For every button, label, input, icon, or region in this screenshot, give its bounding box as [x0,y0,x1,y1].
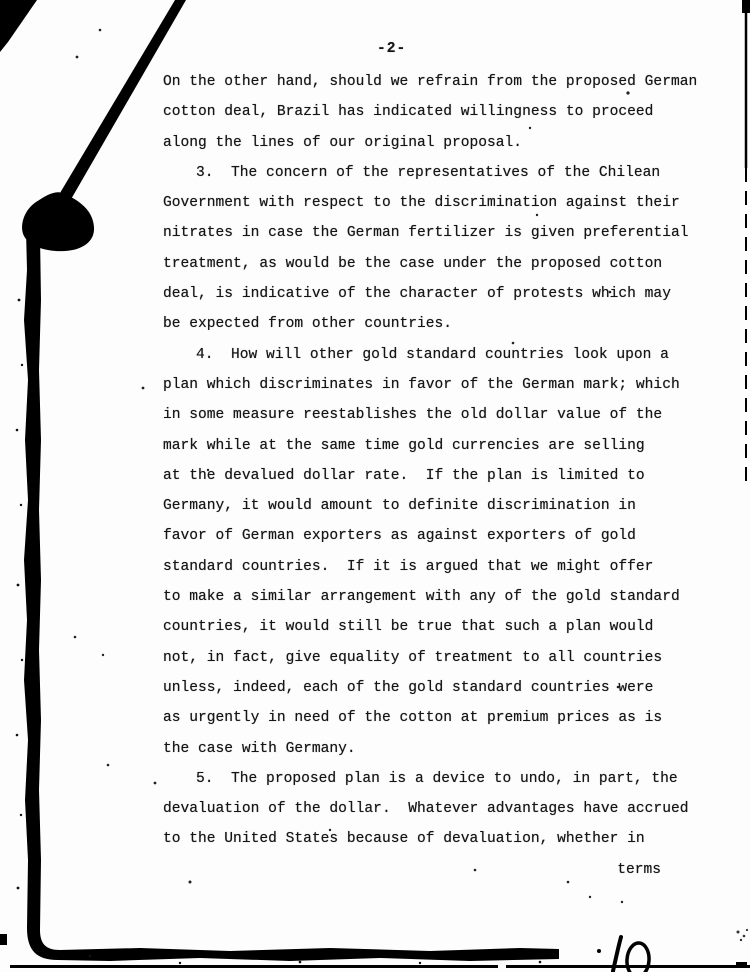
text-line: Government with respect to the discrimin… [163,188,711,218]
text-line: standard countries. If it is argued that… [163,552,711,582]
text-line: as urgently in need of the cotton at pre… [163,703,711,733]
bottom-scan-line [10,965,498,968]
text-line: deal, is indicative of the character of … [163,279,711,309]
text-line: 4. How will other gold standard countrie… [163,340,711,370]
page-number: -2- [377,41,406,57]
text-line: to the United States because of devaluat… [163,824,711,854]
text-line: not, in fact, give equality of treatment… [163,643,711,673]
text-line: cotton deal, Brazil has indicated willin… [163,97,711,127]
bottom-right-smudge [736,929,748,965]
text-line: at the devalued dollar rate. If the plan… [163,461,711,491]
text-line: the case with Germany. [163,734,711,764]
text-line: plan which discriminates in favor of the… [163,370,711,400]
text-line: devaluation of the dollar. Whatever adva… [163,794,711,824]
text-line: On the other hand, should we refrain fro… [163,67,711,97]
text-line: mark while at the same time gold currenc… [163,431,711,461]
text-line: be expected from other countries. [163,309,711,339]
text-line: nitrates in case the German fertilizer i… [163,218,711,248]
paragraph-lines: On the other hand, should we refrain fro… [163,67,711,855]
text-line: countries, it would still be true that s… [163,612,711,642]
text-line: unless, indeed, each of the gold standar… [163,673,711,703]
text-line: 3. The concern of the representatives of… [163,158,711,188]
text-line: treatment, as would be the case under th… [163,249,711,279]
text-line: 5. The proposed plan is a device to undo… [163,764,711,794]
right-edge-corner-mark [742,0,750,13]
corner-fold-artifact [0,0,37,52]
scanned-document-page: -2- On the other hand, should we refrain… [0,0,750,972]
catchword-terms: terms [163,855,711,885]
text-line: Germany, it would amount to definite dis… [163,491,711,521]
bottom-left-mark [0,934,7,945]
document-text: On the other hand, should we refrain fro… [163,67,711,885]
text-line: to make a similar arrangement with any o… [163,582,711,612]
text-line: along the lines of our original proposal… [163,128,711,158]
text-line: in some measure reestablishes the old do… [163,400,711,430]
text-line: favor of German exporters as against exp… [163,521,711,551]
